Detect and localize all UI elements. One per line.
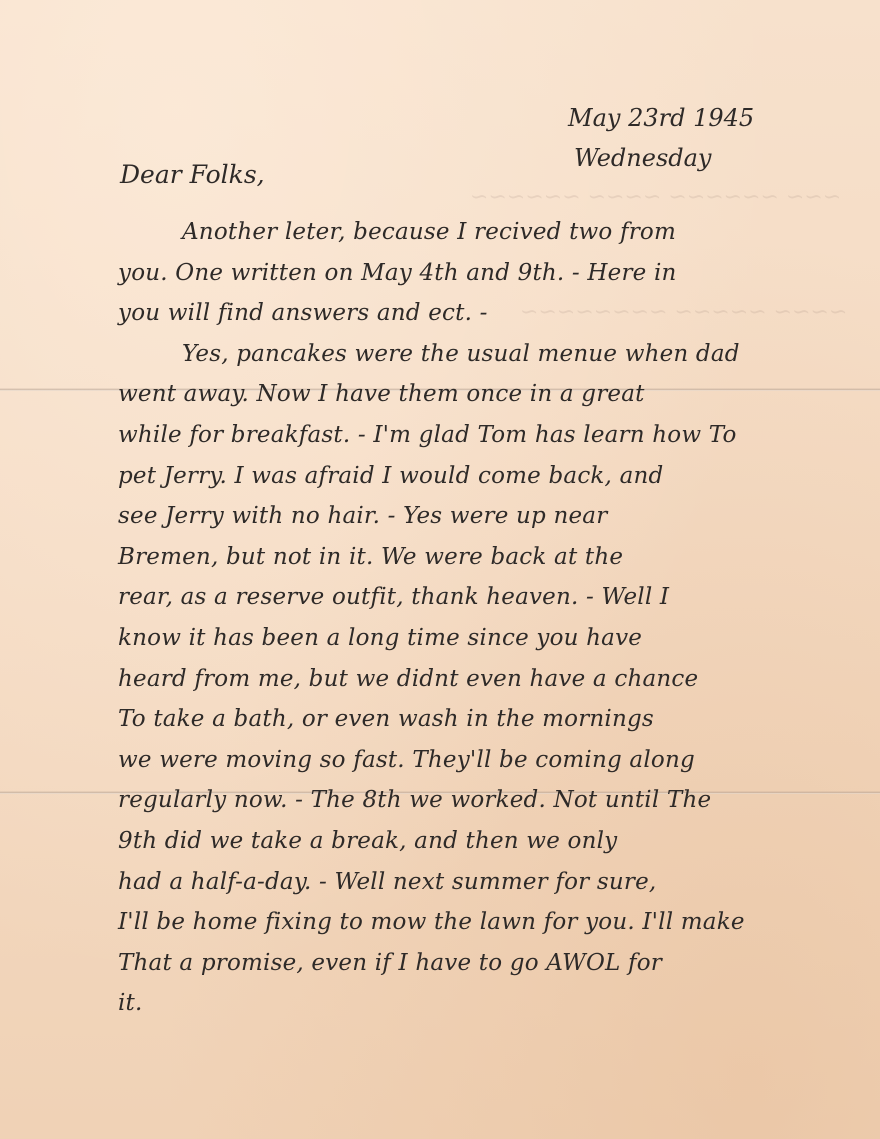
body-line: while for breakfast. - I'm glad Tom has … [118, 415, 818, 456]
body-line: you. One written on May 4th and 9th. - H… [118, 253, 818, 294]
body-line: pet Jerry. I was afraid I would come bac… [118, 456, 818, 497]
weekday-text: Wednesday [568, 138, 754, 178]
bleed-through-text: ~~~ ~~~~~~ ~~~~ ~~~~~~ [470, 185, 841, 210]
body-line: went away. Now I have them once in a gre… [118, 374, 818, 415]
date-text: May 23rd 1945 [568, 98, 754, 138]
body-line: had a half-a-day. - Well next summer for… [118, 862, 818, 903]
body-line: 9th did we take a break, and then we onl… [118, 821, 818, 862]
body-line: we were moving so fast. They'll be comin… [118, 740, 818, 781]
letter-date: May 23rd 1945 Wednesday [568, 98, 754, 178]
body-line: I'll be home fixing to mow the lawn for … [118, 902, 818, 943]
body-line: To take a bath, or even wash in the morn… [118, 699, 818, 740]
body-line: see Jerry with no hair. - Yes were up ne… [118, 496, 818, 537]
letter-page: ~~~ ~~~~~~ ~~~~ ~~~~~~ ~~~~ ~~~~~ ~~~~~~… [0, 0, 880, 1139]
body-line: That a promise, even if I have to go AWO… [118, 943, 818, 984]
body-line: know it has been a long time since you h… [118, 618, 818, 659]
body-line: Bremen, but not in it. We were back at t… [118, 537, 818, 578]
body-line: it. [118, 983, 818, 1024]
body-line: regularly now. - The 8th we worked. Not … [118, 780, 818, 821]
body-line: heard from me, but we didnt even have a … [118, 659, 818, 700]
body-line: Yes, pancakes were the usual menue when … [118, 334, 818, 375]
salutation: Dear Folks, [120, 160, 265, 189]
body-line: rear, as a reserve outfit, thank heaven.… [118, 577, 818, 618]
body-line: Another leter, because I recived two fro… [118, 212, 818, 253]
letter-body: Another leter, because I recived two fro… [118, 212, 818, 1024]
body-line: you will find answers and ect. - [118, 293, 818, 334]
